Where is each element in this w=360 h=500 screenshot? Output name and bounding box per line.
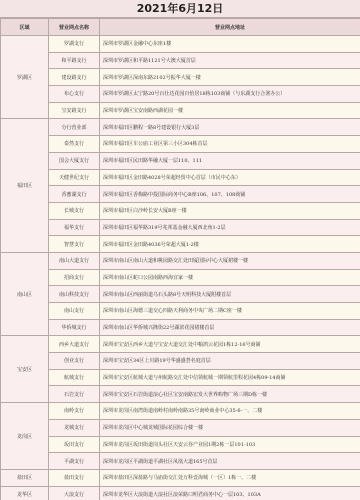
header-district: 区域: [1, 19, 49, 36]
branch-name-cell: 石岩支行: [49, 386, 100, 403]
branch-name-cell: 华侨城支行: [49, 319, 100, 336]
branch-address-cell: 深圳市龙岗区平湖街道平湖社区凤凰大道165号首层: [100, 453, 360, 470]
table-row: 罗湖区罗湖支行深圳市罗湖区金融中心东座1楼: [1, 36, 360, 53]
branch-address-cell: 深圳市福田区香梅路中投国际商务中心B座106、107、108商铺: [100, 186, 360, 203]
branch-name-cell: 大浪支行: [49, 486, 100, 500]
table-row: 坂田支行深圳市龙岗区坂田街道岗头社区天安云谷产业园1期2栋一层101-103: [1, 436, 360, 453]
branch-name-cell: 和平路支行: [49, 52, 100, 69]
header-branch-name: 营业网点名称: [49, 19, 100, 36]
district-cell: 盐田区: [1, 469, 49, 486]
branch-address-cell: 深圳市南山区海德三道交心四路天利商务中央广场二期C座一楼: [100, 303, 360, 320]
branch-name-cell: 坂田支行: [49, 436, 100, 453]
branch-address-cell: 深圳市龙岗区坂田街道岗头社区天安云谷产业园1期2栋一层101-103: [100, 436, 360, 453]
table-row: 南山支行深圳市南山区海德三道交心四路天利商务中央广场二期C座一楼: [1, 303, 360, 320]
branch-address-cell: 深圳市南山区华侨城兴隆街22号湖滨花园裙楼首层: [100, 319, 360, 336]
branch-name-cell: 分行营业部: [49, 119, 100, 136]
branch-address-cell: 深圳市罗湖区和平路1121号大澳大厦首层: [100, 52, 360, 69]
table-row: 龙华区大浪支行深圳市龙华区大浪街道大浪社区浪荣路口明君商务中心一层103、103…: [1, 486, 360, 500]
branch-address-cell: 深圳市宝安区石岩街道浪心社区宝安南路宏发大世界购物广场三期D栋一楼: [100, 386, 360, 403]
table-row: 华侨城支行深圳市南山区华侨城兴隆街22号湖滨花园裙楼首层: [1, 319, 360, 336]
branch-address-cell: 深圳市龙华区大浪街道大浪社区浪荣路口明君商务中心一层103、103A: [100, 486, 360, 500]
table-row: 宝安路支行深圳市罗湖区宝安南路西湖花园一楼: [1, 102, 360, 119]
branch-list-document: 2021年6月12日 区域 营业网点名称 营业网点地址 罗湖区罗湖支行深圳市罗湖…: [0, 0, 360, 500]
branch-address-cell: 深圳市龙岗区中心城龙城国际花园综合楼一楼: [100, 419, 360, 436]
table-row: 布心支行深圳市罗湖区太宁路20号百仕达花园百怡居18栋103商铺（与东湖支行合署…: [1, 86, 360, 103]
branch-name-cell: 南山科技支行: [49, 286, 100, 303]
table-row: 香蜜湖支行深圳市福田区香梅路中投国际商务中心B座106、107、108商铺: [1, 186, 360, 203]
branch-name-cell: 建设路支行: [49, 69, 100, 86]
table-body: 罗湖区罗湖支行深圳市罗湖区金融中心东座1楼和平路支行深圳市罗湖区和平路1121号…: [1, 36, 360, 500]
branch-name-cell: 南山支行: [49, 303, 100, 320]
district-cell: 福田区: [1, 119, 49, 253]
document-title: 2021年6月12日: [0, 0, 360, 18]
branch-address-cell: 深圳市罗湖区宝安南路西湖花园一楼: [100, 102, 360, 119]
branch-address-cell: 深圳市罗湖区太宁路20号百仕达花园百怡居18栋103商铺（与东湖支行合署办公）: [100, 86, 360, 103]
table-row: 盐田区盐田支行深圳市盐田区深盐路与马庙街交汇处万科壹海城（一区）1栋一、二楼: [1, 469, 360, 486]
branch-name-cell: 西乡大道支行: [49, 336, 100, 353]
branch-name-cell: 创业支行: [49, 353, 100, 370]
table-row: 南山区南山大道支行深圳市南山区南山大道和桃园路交汇处田厦国际中心大厦裙楼一楼: [1, 252, 360, 269]
branch-name-cell: 国会大厦支行: [49, 152, 100, 169]
branch-address-cell: 深圳市罗湖区金融中心东座1楼: [100, 36, 360, 53]
branch-address-cell: 深圳市南山区南山大道和桃园路交汇处田厦国际中心大厦裙楼一楼: [100, 252, 360, 269]
branch-name-cell: 盐田支行: [49, 469, 100, 486]
table-row: 泰然支行深圳市福田区车公庙工业区第三小区304栋首层: [1, 136, 360, 153]
district-cell: 龙岗区: [1, 403, 49, 470]
table-row: 智慧支行深圳市福田区金田路4036号荣超大厦1-2楼: [1, 236, 360, 253]
branch-name-cell: 宝安路支行: [49, 102, 100, 119]
table-row: 福华支行深圳市福田区福华路319号兆邦基金融大厦西北角1-2层: [1, 219, 360, 236]
branch-address-cell: 深圳市南山区蛇口公园南路西海宜家一楼: [100, 269, 360, 286]
branch-name-cell: 智慧支行: [49, 236, 100, 253]
branch-address-cell: 深圳市福田区金田路4036号荣超大厦1-2楼: [100, 236, 360, 253]
table-row: 宝安区西乡大道支行深圳市宝安区西乡大道与宝安大道交汇处中粮鸿云花园1栋12-16…: [1, 336, 360, 353]
branch-name-cell: 招商支行: [49, 269, 100, 286]
branch-table: 区域 营业网点名称 营业网点地址 罗湖区罗湖支行深圳市罗湖区金融中心东座1楼和平…: [0, 18, 360, 500]
table-row: 平湖支行深圳市龙岗区平湖街道平湖社区凤凰大道165号首层: [1, 453, 360, 470]
branch-name-cell: 香蜜湖支行: [49, 186, 100, 203]
branch-address-cell: 深圳市宝安区西乡大道与宝安大道交汇处中粮鸿云花园1栋12-16号商铺: [100, 336, 360, 353]
branch-name-cell: 布心支行: [49, 86, 100, 103]
branch-address-cell: 深圳市罗湖区深南东路2102号振华大厦一楼: [100, 69, 360, 86]
branch-address-cell: 深圳市福田区金田路4028号荣超经贸中心首层（市民中心东）: [100, 169, 360, 186]
branch-address-cell: 深圳市盐田区深盐路与马庙街交汇处万科壹海城（一区）1栋一、二楼: [100, 469, 360, 486]
branch-name-cell: 福华支行: [49, 219, 100, 236]
table-row: 龙岗区南岭支行深圳市龙岗区南湾街道南岭村南岭南路35号南岭商业中心35-6-一、…: [1, 403, 360, 420]
branch-name-cell: 南山大道支行: [49, 252, 100, 269]
district-cell: 宝安区: [1, 336, 49, 403]
branch-address-cell: 深圳市福田区白沙岭长安大厦B座一楼: [100, 202, 360, 219]
table-row: 航城支行深圳市宝安区航城大道与州航路交汇处中信领航城一期领航里程花园4栋09-1…: [1, 369, 360, 386]
branch-name-cell: 南岭支行: [49, 403, 100, 420]
branch-name-cell: 平湖支行: [49, 453, 100, 470]
district-cell: 龙华区: [1, 486, 49, 500]
branch-address-cell: 深圳市宝安区34区上川路19号华盛盛荟名庭首层: [100, 353, 360, 370]
branch-name-cell: 天健世纪支行: [49, 169, 100, 186]
branch-name-cell: 龙城支行: [49, 419, 100, 436]
table-row: 国会大厦支行深圳市福田区民田路华融大厦一层110、111: [1, 152, 360, 169]
district-cell: 南山区: [1, 252, 49, 335]
branch-address-cell: 深圳市福田区福华路319号兆邦基金融大厦西北角1-2层: [100, 219, 360, 236]
table-row: 南山科技支行深圳市南山区西丽街道乌石头路8号天明科技大厦附楼首层: [1, 286, 360, 303]
table-row: 建设路支行深圳市罗湖区深南东路2102号振华大厦一楼: [1, 69, 360, 86]
table-row: 福田区分行营业部深圳市福田区鹏程一路8号建设银行大厦3层: [1, 119, 360, 136]
branch-name-cell: 航城支行: [49, 369, 100, 386]
table-row: 龙城支行深圳市龙岗区中心城龙城国际花园综合楼一楼: [1, 419, 360, 436]
table-row: 创业支行深圳市宝安区34区上川路19号华盛盛荟名庭首层: [1, 353, 360, 370]
branch-address-cell: 深圳市福田区民田路华融大厦一层110、111: [100, 152, 360, 169]
branch-address-cell: 深圳市南山区西丽街道乌石头路8号天明科技大厦附楼首层: [100, 286, 360, 303]
branch-address-cell: 深圳市福田区鹏程一路8号建设银行大厦3层: [100, 119, 360, 136]
table-row: 招商支行深圳市南山区蛇口公园南路西海宜家一楼: [1, 269, 360, 286]
branch-address-cell: 深圳市龙岗区南湾街道南岭村南岭南路35号南岭商业中心35-6-一、二楼: [100, 403, 360, 420]
district-cell: 罗湖区: [1, 36, 49, 119]
table-row: 长城支行深圳市福田区白沙岭长安大厦B座一楼: [1, 202, 360, 219]
header-branch-address: 营业网点地址: [100, 19, 360, 36]
table-header-row: 区域 营业网点名称 营业网点地址: [1, 19, 360, 36]
branch-name-cell: 长城支行: [49, 202, 100, 219]
table-row: 石岩支行深圳市宝安区石岩街道浪心社区宝安南路宏发大世界购物广场三期D栋一楼: [1, 386, 360, 403]
table-row: 天健世纪支行深圳市福田区金田路4028号荣超经贸中心首层（市民中心东）: [1, 169, 360, 186]
branch-name-cell: 泰然支行: [49, 136, 100, 153]
branch-name-cell: 罗湖支行: [49, 36, 100, 53]
table-row: 和平路支行深圳市罗湖区和平路1121号大澳大厦首层: [1, 52, 360, 69]
branch-address-cell: 深圳市福田区车公庙工业区第三小区304栋首层: [100, 136, 360, 153]
branch-address-cell: 深圳市宝安区航城大道与州航路交汇处中信领航城一期领航里程花园4栋09-14商铺: [100, 369, 360, 386]
